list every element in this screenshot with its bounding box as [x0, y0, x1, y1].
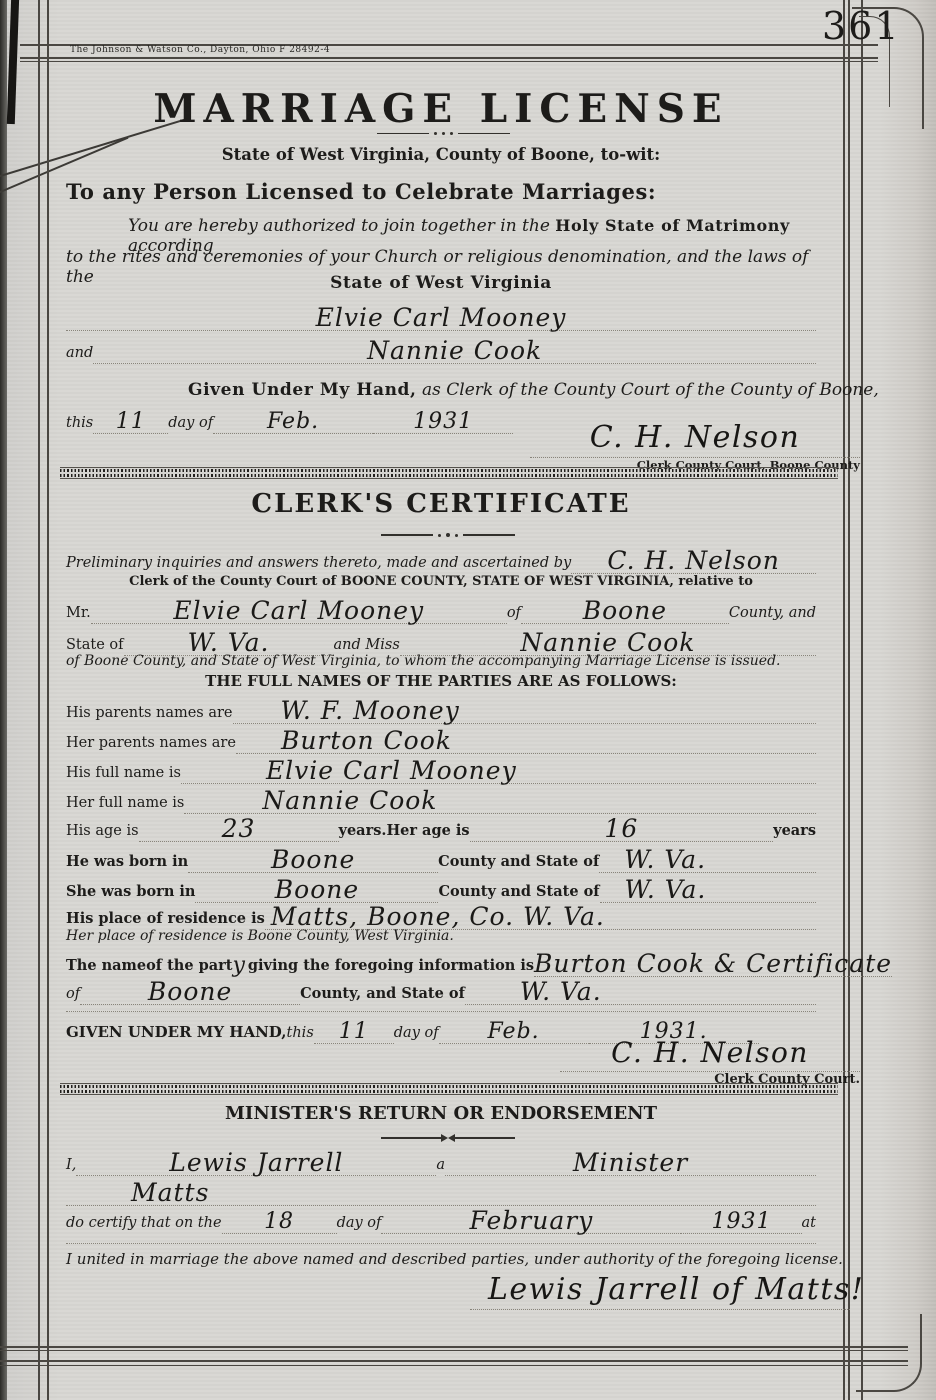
- groom-name-line-2: Elvie Carl Mooney: [91, 598, 507, 624]
- informant-line: Burton Cook & Certificate: [534, 951, 892, 977]
- clerk-of-line: Clerk of the County Court of BOONE COUNT…: [66, 574, 816, 589]
- his-age-handwriting: 23: [222, 814, 256, 843]
- minister-year-line: 1931: [681, 1211, 801, 1234]
- given-under-hand-label: GIVEN UNDER MY HAND,: [66, 1023, 287, 1044]
- of-the-part-label: of the part: [146, 957, 232, 977]
- page-number: 361: [822, 4, 901, 48]
- years-label-2: years: [773, 822, 816, 842]
- clerk-signature-2: C. H. Nelson: [560, 1036, 860, 1072]
- binding-ink-mark: [7, 0, 19, 124]
- ascertained-by-line: C. H. Nelson: [571, 548, 816, 574]
- left-rule-outer: [38, 0, 40, 1400]
- preliminary-label: Preliminary inquiries and answers theret…: [66, 555, 571, 574]
- minister-day-handwriting: 18: [264, 1209, 294, 1234]
- state-county-line: State of West Virginia, County of Boone,…: [66, 145, 816, 164]
- minister-return-heading: MINISTER'S RETURN OR ENDORSEMENT: [66, 1103, 816, 1124]
- her-age-line: 16: [470, 816, 774, 842]
- a-label: a: [436, 1157, 445, 1176]
- groom-name-handwriting-2: Elvie Carl Mooney: [173, 596, 424, 625]
- his-parents-line: W. F. Mooney: [233, 698, 816, 724]
- minister-month-line: February: [381, 1208, 681, 1234]
- he-born-state-handwriting: W. Va.: [624, 845, 706, 874]
- her-full-name-handwriting: Nannie Cook: [262, 786, 437, 815]
- right-rule-inner2: [848, 0, 850, 1400]
- marriage-license-page: 361 The Johnson & Watson Co., Dayton, Oh…: [0, 0, 936, 1400]
- and-label: and: [66, 345, 93, 364]
- month-handwriting-2: Feb.: [488, 1019, 540, 1044]
- right-rule-outer: [861, 0, 863, 1400]
- her-full-name-line: Nannie Cook: [184, 788, 816, 814]
- minister-place-line: Matts: [66, 1180, 816, 1206]
- he-born-place-line: Boone: [188, 847, 438, 873]
- minister-name-line: Lewis Jarrell: [76, 1150, 436, 1176]
- he-born-place-handwriting: Boone: [271, 845, 355, 874]
- her-parents-line: Burton Cook: [236, 728, 816, 754]
- top-band-rule: [20, 57, 878, 59]
- he-born-label: He was born in: [66, 853, 188, 873]
- he-born-state-line: W. Va.: [599, 847, 816, 873]
- printer-imprint: The Johnson & Watson Co., Dayton, Ohio F…: [70, 44, 400, 57]
- his-age-line: 23: [139, 816, 339, 842]
- section-divider-ribbon-2: [60, 1083, 838, 1095]
- year-handwriting: 1931: [413, 409, 473, 434]
- her-parents-label: Her parents names are: [66, 735, 236, 754]
- bride-name-line: Nannie Cook: [93, 338, 816, 364]
- given-under-emphasis: Given Under My Hand,: [188, 380, 417, 400]
- year-line: 1931: [373, 411, 513, 434]
- groom-county-handwriting: Boone: [583, 596, 667, 625]
- her-parents-handwriting: Burton Cook: [281, 726, 452, 755]
- minister-signature: Lewis Jarrell of Matts!: [470, 1272, 850, 1310]
- groom-county-line: Boone: [521, 598, 729, 624]
- part-y-handwriting: y: [232, 955, 245, 977]
- her-full-name-label: Her full name is: [66, 795, 184, 814]
- mr-label: Mr.: [66, 605, 91, 624]
- at-label: at: [802, 1215, 816, 1234]
- clerk-certificate-heading: CLERK'S CERTIFICATE: [66, 489, 816, 519]
- this-label: this: [66, 415, 93, 434]
- minister-title-line: Minister: [445, 1150, 816, 1176]
- minister-day-line: 18: [222, 1211, 337, 1234]
- clerk-certificate-ornament: [363, 533, 533, 537]
- minister-year-handwriting: 1931: [711, 1209, 771, 1234]
- minister-place-handwriting: Matts: [131, 1178, 209, 1207]
- his-residence-line: Matts, Boone, Co. W. Va.: [265, 904, 816, 930]
- the-name-label: The name: [66, 957, 146, 977]
- bottom-right-corner-frame: [856, 1314, 922, 1392]
- minister-month-handwriting: February: [469, 1206, 593, 1235]
- her-age-handwriting: 16: [604, 814, 638, 843]
- her-age-label: Her age is: [386, 822, 469, 842]
- day-handwriting: 11: [116, 409, 146, 434]
- document-title: MARRIAGE LICENSE: [66, 86, 816, 132]
- bottom-rule: [0, 1350, 908, 1351]
- this-label-2: this: [287, 1025, 314, 1044]
- day-handwriting-2: 11: [339, 1019, 369, 1044]
- day-of-label: day of: [168, 415, 213, 434]
- right-rule-inner: [843, 0, 845, 1400]
- giving-info-label: giving the foregoing information is: [248, 957, 534, 977]
- his-residence-handwriting: Matts, Boone, Co. W. Va.: [271, 902, 605, 931]
- full-names-heading: THE FULL NAMES OF THE PARTIES ARE AS FOL…: [66, 672, 816, 690]
- issued-line: of Boone County, and State of West Virgi…: [66, 653, 781, 669]
- bride-name-handwriting: Nannie Cook: [367, 336, 542, 365]
- day-of-label-2: day of: [394, 1025, 439, 1044]
- his-parents-label: His parents names are: [66, 705, 233, 724]
- bottom-rule: [0, 1365, 908, 1366]
- binding-edge: [0, 0, 7, 1400]
- groom-name-handwriting: Elvie Carl Mooney: [316, 303, 567, 332]
- authorization-text: You are hereby authorized to join togeth…: [128, 216, 550, 236]
- i-label: I,: [66, 1157, 76, 1176]
- his-full-name-label: His full name is: [66, 765, 181, 784]
- county-state-label: County and State of: [438, 853, 599, 873]
- his-residence-label: His place of residence is: [66, 910, 265, 930]
- of-label: of: [507, 605, 521, 624]
- county-and-label: County, and: [729, 605, 816, 624]
- his-full-name-line: Elvie Carl Mooney: [181, 758, 816, 784]
- clerk-signature: C. H. Nelson: [530, 420, 860, 458]
- blank-line-2: [66, 1233, 816, 1244]
- minister-title-handwriting: Minister: [573, 1148, 688, 1177]
- groom-name-line: Elvie Carl Mooney: [66, 305, 816, 331]
- authorization-line3: State of West Virginia: [66, 273, 816, 293]
- holy-state-emphasis: Holy State of Matrimony: [555, 216, 790, 235]
- his-full-name-handwriting: Elvie Carl Mooney: [266, 756, 517, 785]
- top-band-rule: [20, 61, 878, 62]
- salutation: To any Person Licensed to Celebrate Marr…: [66, 179, 656, 204]
- given-under-line: Given Under My Hand, as Clerk of the Cou…: [188, 380, 879, 400]
- certify-label: do certify that on the: [66, 1215, 222, 1234]
- day-line: 11: [93, 411, 168, 434]
- ascertained-by-handwriting: C. H. Nelson: [607, 546, 779, 575]
- left-rule-inner: [47, 0, 49, 1400]
- his-age-label: His age is: [66, 823, 139, 842]
- month-line: Feb.: [213, 411, 373, 434]
- his-parents-handwriting: W. F. Mooney: [281, 696, 460, 725]
- given-under-rest: as Clerk of the County Court of the Coun…: [422, 380, 879, 400]
- bottom-rule: [0, 1346, 908, 1348]
- title-ornament: [363, 132, 523, 135]
- years-label: years.: [339, 822, 387, 842]
- her-residence-line: Her place of residence is Boone County, …: [66, 928, 454, 944]
- bottom-rule: [0, 1360, 908, 1362]
- minister-day-of-label: day of: [337, 1215, 382, 1234]
- minister-ornament: [373, 1134, 523, 1142]
- section-divider-ribbon: [60, 467, 838, 479]
- month-handwriting: Feb.: [267, 409, 319, 434]
- minister-name-handwriting: Lewis Jarrell: [169, 1148, 343, 1177]
- blank-line: [66, 1001, 816, 1012]
- day-line-2: 11: [314, 1021, 394, 1044]
- united-in-marriage-line: I united in marriage the above named and…: [66, 1250, 843, 1268]
- informant-handwriting: Burton Cook & Certificate: [534, 949, 892, 978]
